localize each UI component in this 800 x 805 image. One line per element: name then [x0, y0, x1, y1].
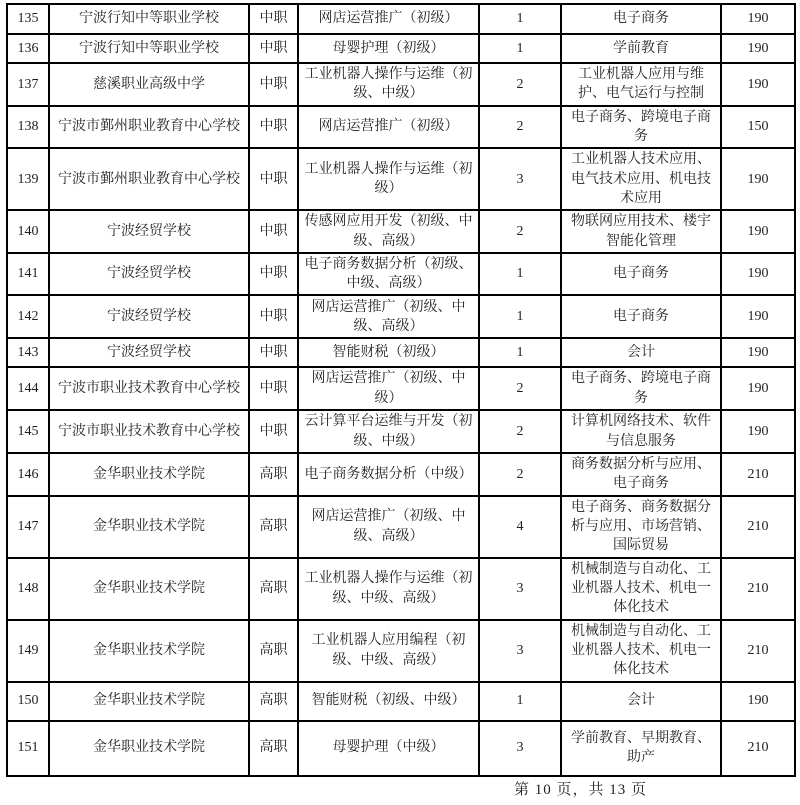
table-row: 143宁波经贸学校中职智能财税（初级）1会计190 — [7, 338, 795, 367]
table-row: 139宁波市鄞州职业教育中心学校中职工业机器人操作与运维（初级）3工业机器人技术… — [7, 148, 795, 210]
cell-level: 中职 — [249, 148, 298, 210]
cell-count: 3 — [479, 721, 561, 776]
cell-school: 宁波经贸学校 — [49, 295, 249, 338]
cell-level: 中职 — [249, 34, 298, 63]
cell-majors: 电子商务、商务数据分析与应用、市场营销、国际贸易 — [561, 496, 721, 558]
cell-program: 云计算平台运维与开发（初级、中级） — [298, 410, 479, 453]
cell-level: 中职 — [249, 338, 298, 367]
cell-count: 4 — [479, 496, 561, 558]
cell-program: 工业机器人应用编程（初级、中级、高级） — [298, 620, 479, 682]
cell-no: 148 — [7, 558, 49, 620]
cell-count: 3 — [479, 148, 561, 210]
cell-value: 190 — [721, 682, 795, 721]
cell-level: 高职 — [249, 721, 298, 776]
cell-level: 中职 — [249, 210, 298, 253]
cell-level: 高职 — [249, 682, 298, 721]
cell-count: 2 — [479, 63, 561, 106]
cell-majors: 电子商务、跨境电子商务 — [561, 367, 721, 410]
cell-level: 高职 — [249, 620, 298, 682]
cell-majors: 机械制造与自动化、工业机器人技术、机电一体化技术 — [561, 558, 721, 620]
cell-program: 网店运营推广（初级） — [298, 106, 479, 149]
cell-count: 1 — [479, 34, 561, 63]
cell-school: 金华职业技术学院 — [49, 453, 249, 496]
cell-value: 210 — [721, 558, 795, 620]
cell-school: 宁波市鄞州职业教育中心学校 — [49, 106, 249, 149]
cell-school: 金华职业技术学院 — [49, 721, 249, 776]
cell-school: 金华职业技术学院 — [49, 558, 249, 620]
cell-program: 工业机器人操作与运维（初级、中级） — [298, 63, 479, 106]
cell-majors: 机械制造与自动化、工业机器人技术、机电一体化技术 — [561, 620, 721, 682]
cell-majors: 工业机器人应用与维护、电气运行与控制 — [561, 63, 721, 106]
cell-no: 151 — [7, 721, 49, 776]
cell-value: 190 — [721, 148, 795, 210]
cell-count: 1 — [479, 295, 561, 338]
cell-value: 210 — [721, 496, 795, 558]
cell-level: 高职 — [249, 496, 298, 558]
cell-value: 190 — [721, 338, 795, 367]
cell-school: 金华职业技术学院 — [49, 620, 249, 682]
table-row: 151金华职业技术学院高职母婴护理（中级）3学前教育、早期教育、助产210 — [7, 721, 795, 776]
cell-value: 190 — [721, 4, 795, 34]
cell-value: 190 — [721, 210, 795, 253]
cell-no: 138 — [7, 106, 49, 149]
cell-school: 宁波市鄞州职业教育中心学校 — [49, 148, 249, 210]
cell-majors: 学前教育 — [561, 34, 721, 63]
cell-school: 宁波市职业技术教育中心学校 — [49, 410, 249, 453]
cell-no: 140 — [7, 210, 49, 253]
table-row: 150金华职业技术学院高职智能财税（初级、中级）1会计190 — [7, 682, 795, 721]
cell-value: 210 — [721, 721, 795, 776]
table-row: 142宁波经贸学校中职网店运营推广（初级、中级、高级）1电子商务190 — [7, 295, 795, 338]
cell-majors: 电子商务 — [561, 295, 721, 338]
cell-majors: 会计 — [561, 338, 721, 367]
cell-count: 2 — [479, 367, 561, 410]
cell-value: 190 — [721, 295, 795, 338]
cell-program: 工业机器人操作与运维（初级） — [298, 148, 479, 210]
cell-school: 宁波经贸学校 — [49, 253, 249, 296]
cell-school: 金华职业技术学院 — [49, 496, 249, 558]
cell-no: 141 — [7, 253, 49, 296]
cell-count: 2 — [479, 453, 561, 496]
cell-program: 传感网应用开发（初级、中级、高级） — [298, 210, 479, 253]
cell-no: 147 — [7, 496, 49, 558]
cell-majors: 会计 — [561, 682, 721, 721]
cell-majors: 电子商务、跨境电子商务 — [561, 106, 721, 149]
cell-count: 2 — [479, 410, 561, 453]
cell-level: 中职 — [249, 106, 298, 149]
cell-program: 网店运营推广（初级、中级） — [298, 367, 479, 410]
cell-value: 210 — [721, 453, 795, 496]
cell-level: 高职 — [249, 453, 298, 496]
cell-no: 139 — [7, 148, 49, 210]
cell-majors: 学前教育、早期教育、助产 — [561, 721, 721, 776]
cell-level: 中职 — [249, 63, 298, 106]
cell-school: 宁波行知中等职业学校 — [49, 4, 249, 34]
cell-majors: 工业机器人技术应用、电气技术应用、机电技术应用 — [561, 148, 721, 210]
cell-no: 144 — [7, 367, 49, 410]
cell-level: 中职 — [249, 4, 298, 34]
cell-school: 宁波经贸学校 — [49, 338, 249, 367]
cell-school: 宁波行知中等职业学校 — [49, 34, 249, 63]
cell-majors: 计算机网络技术、软件与信息服务 — [561, 410, 721, 453]
table-row: 145宁波市职业技术教育中心学校中职云计算平台运维与开发（初级、中级）2计算机网… — [7, 410, 795, 453]
cell-value: 190 — [721, 367, 795, 410]
cell-level: 中职 — [249, 410, 298, 453]
cell-level: 中职 — [249, 295, 298, 338]
table-row: 138宁波市鄞州职业教育中心学校中职网店运营推广（初级）2电子商务、跨境电子商务… — [7, 106, 795, 149]
cell-majors: 电子商务 — [561, 253, 721, 296]
cell-no: 149 — [7, 620, 49, 682]
cell-majors: 物联网应用技术、楼宇智能化管理 — [561, 210, 721, 253]
table-row: 147金华职业技术学院高职网店运营推广（初级、中级、高级）4电子商务、商务数据分… — [7, 496, 795, 558]
cell-value: 190 — [721, 63, 795, 106]
cell-program: 智能财税（初级） — [298, 338, 479, 367]
cell-value: 190 — [721, 34, 795, 63]
table-row: 148金华职业技术学院高职工业机器人操作与运维（初级、中级、高级）3机械制造与自… — [7, 558, 795, 620]
cell-school: 慈溪职业高级中学 — [49, 63, 249, 106]
table-row: 141宁波经贸学校中职电子商务数据分析（初级、中级、高级）1电子商务190 — [7, 253, 795, 296]
cell-count: 3 — [479, 620, 561, 682]
cell-program: 网店运营推广（初级、中级、高级） — [298, 295, 479, 338]
cell-level: 中职 — [249, 253, 298, 296]
cell-program: 网店运营推广（初级、中级、高级） — [298, 496, 479, 558]
cell-no: 145 — [7, 410, 49, 453]
cell-no: 150 — [7, 682, 49, 721]
table-row: 135宁波行知中等职业学校中职网店运营推广（初级）1电子商务190 — [7, 4, 795, 34]
page-number-footer: 第 10 页，共 13 页 — [514, 778, 647, 799]
cell-no: 142 — [7, 295, 49, 338]
cell-count: 2 — [479, 106, 561, 149]
table-row: 140宁波经贸学校中职传感网应用开发（初级、中级、高级）2物联网应用技术、楼宇智… — [7, 210, 795, 253]
cell-school: 金华职业技术学院 — [49, 682, 249, 721]
cell-count: 2 — [479, 210, 561, 253]
cell-no: 136 — [7, 34, 49, 63]
cell-program: 工业机器人操作与运维（初级、中级、高级） — [298, 558, 479, 620]
table-row: 146金华职业技术学院高职电子商务数据分析（中级）2商务数据分析与应用、电子商务… — [7, 453, 795, 496]
table-row: 136宁波行知中等职业学校中职母婴护理（初级）1学前教育190 — [7, 34, 795, 63]
cell-program: 母婴护理（初级） — [298, 34, 479, 63]
cell-program: 智能财税（初级、中级） — [298, 682, 479, 721]
cell-value: 190 — [721, 410, 795, 453]
cell-program: 电子商务数据分析（初级、中级、高级） — [298, 253, 479, 296]
table-row: 144宁波市职业技术教育中心学校中职网店运营推广（初级、中级）2电子商务、跨境电… — [7, 367, 795, 410]
cell-no: 137 — [7, 63, 49, 106]
cell-school: 宁波经贸学校 — [49, 210, 249, 253]
cell-no: 135 — [7, 4, 49, 34]
table-row: 149金华职业技术学院高职工业机器人应用编程（初级、中级、高级）3机械制造与自动… — [7, 620, 795, 682]
cell-value: 210 — [721, 620, 795, 682]
cell-program: 母婴护理（中级） — [298, 721, 479, 776]
cell-count: 1 — [479, 4, 561, 34]
cell-level: 中职 — [249, 367, 298, 410]
cell-majors: 电子商务 — [561, 4, 721, 34]
cell-program: 网店运营推广（初级） — [298, 4, 479, 34]
cell-value: 150 — [721, 106, 795, 149]
cell-no: 146 — [7, 453, 49, 496]
cell-count: 3 — [479, 558, 561, 620]
cell-no: 143 — [7, 338, 49, 367]
cell-majors: 商务数据分析与应用、电子商务 — [561, 453, 721, 496]
training-programs-table: 135宁波行知中等职业学校中职网店运营推广（初级）1电子商务190136宁波行知… — [6, 3, 796, 777]
table-body: 135宁波行知中等职业学校中职网店运营推广（初级）1电子商务190136宁波行知… — [7, 4, 795, 776]
cell-value: 190 — [721, 253, 795, 296]
cell-school: 宁波市职业技术教育中心学校 — [49, 367, 249, 410]
cell-program: 电子商务数据分析（中级） — [298, 453, 479, 496]
cell-count: 1 — [479, 682, 561, 721]
table-row: 137慈溪职业高级中学中职工业机器人操作与运维（初级、中级）2工业机器人应用与维… — [7, 63, 795, 106]
cell-level: 高职 — [249, 558, 298, 620]
cell-count: 1 — [479, 253, 561, 296]
cell-count: 1 — [479, 338, 561, 367]
